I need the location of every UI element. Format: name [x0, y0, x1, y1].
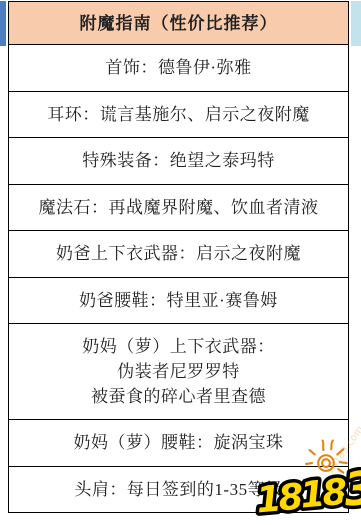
- right-cell-sliver: [351, 1, 361, 46]
- row-dad-belt-shoes: 奶爸腰鞋：特里亚·赛鲁姆: [9, 277, 348, 324]
- row-magic-stone: 魔法石：再战魔界附魔、饮血者清液: [9, 184, 348, 231]
- row-text: 奶爸腰鞋：特里亚·赛鲁姆: [79, 288, 278, 313]
- row-mom-belt-shoes: 奶妈（萝）腰鞋：旋涡宝珠: [9, 419, 348, 466]
- row-text: 魔法石：再战魔界附魔、饮血者清液: [39, 195, 319, 220]
- row-text: 奶妈（萝）腰鞋：旋涡宝珠: [74, 430, 284, 455]
- row-text: 头肩：每日签到的1-35等级: [74, 477, 282, 502]
- row-mom-top-bottom-weapon: 奶妈（萝）上下衣武器： 伪装者尼罗罗特 被蚕食的碎心者里查德: [9, 323, 348, 419]
- row-text: 特殊装备：绝望之泰玛特: [82, 148, 275, 173]
- row-jewelry: 首饰：德鲁伊·弥雅: [9, 44, 348, 91]
- left-cell-sliver: [0, 1, 6, 46]
- row-text-line3: 被蚕食的碎心者里查德: [91, 384, 266, 409]
- table-title: 附魔指南（性价比推荐）: [80, 11, 278, 36]
- row-text-line2: 伪装者尼罗罗特: [117, 359, 240, 384]
- row-earring: 耳环：谎言基施尔、启示之夜附魔: [9, 91, 348, 138]
- enchant-guide-screenshot: 附魔指南（性价比推荐） 首饰：德鲁伊·弥雅 耳环：谎言基施尔、启示之夜附魔 特殊…: [0, 0, 361, 525]
- row-text: 首饰：德鲁伊·弥雅: [105, 55, 251, 80]
- row-special-equipment: 特殊装备：绝望之泰玛特: [9, 137, 348, 184]
- row-text: 奶爸上下衣武器：启示之夜附魔: [56, 241, 301, 266]
- table-header-row: 附魔指南（性价比推荐）: [9, 2, 348, 44]
- row-text-line1: 奶妈（萝）上下衣武器：: [82, 334, 275, 359]
- row-text: 耳环：谎言基施尔、启示之夜附魔: [47, 102, 310, 127]
- enchant-guide-table: 附魔指南（性价比推荐） 首饰：德鲁伊·弥雅 耳环：谎言基施尔、启示之夜附魔 特殊…: [8, 1, 349, 513]
- row-shoulder: 头肩：每日签到的1-35等级: [9, 466, 348, 513]
- row-dad-top-bottom-weapon: 奶爸上下衣武器：启示之夜附魔: [9, 230, 348, 277]
